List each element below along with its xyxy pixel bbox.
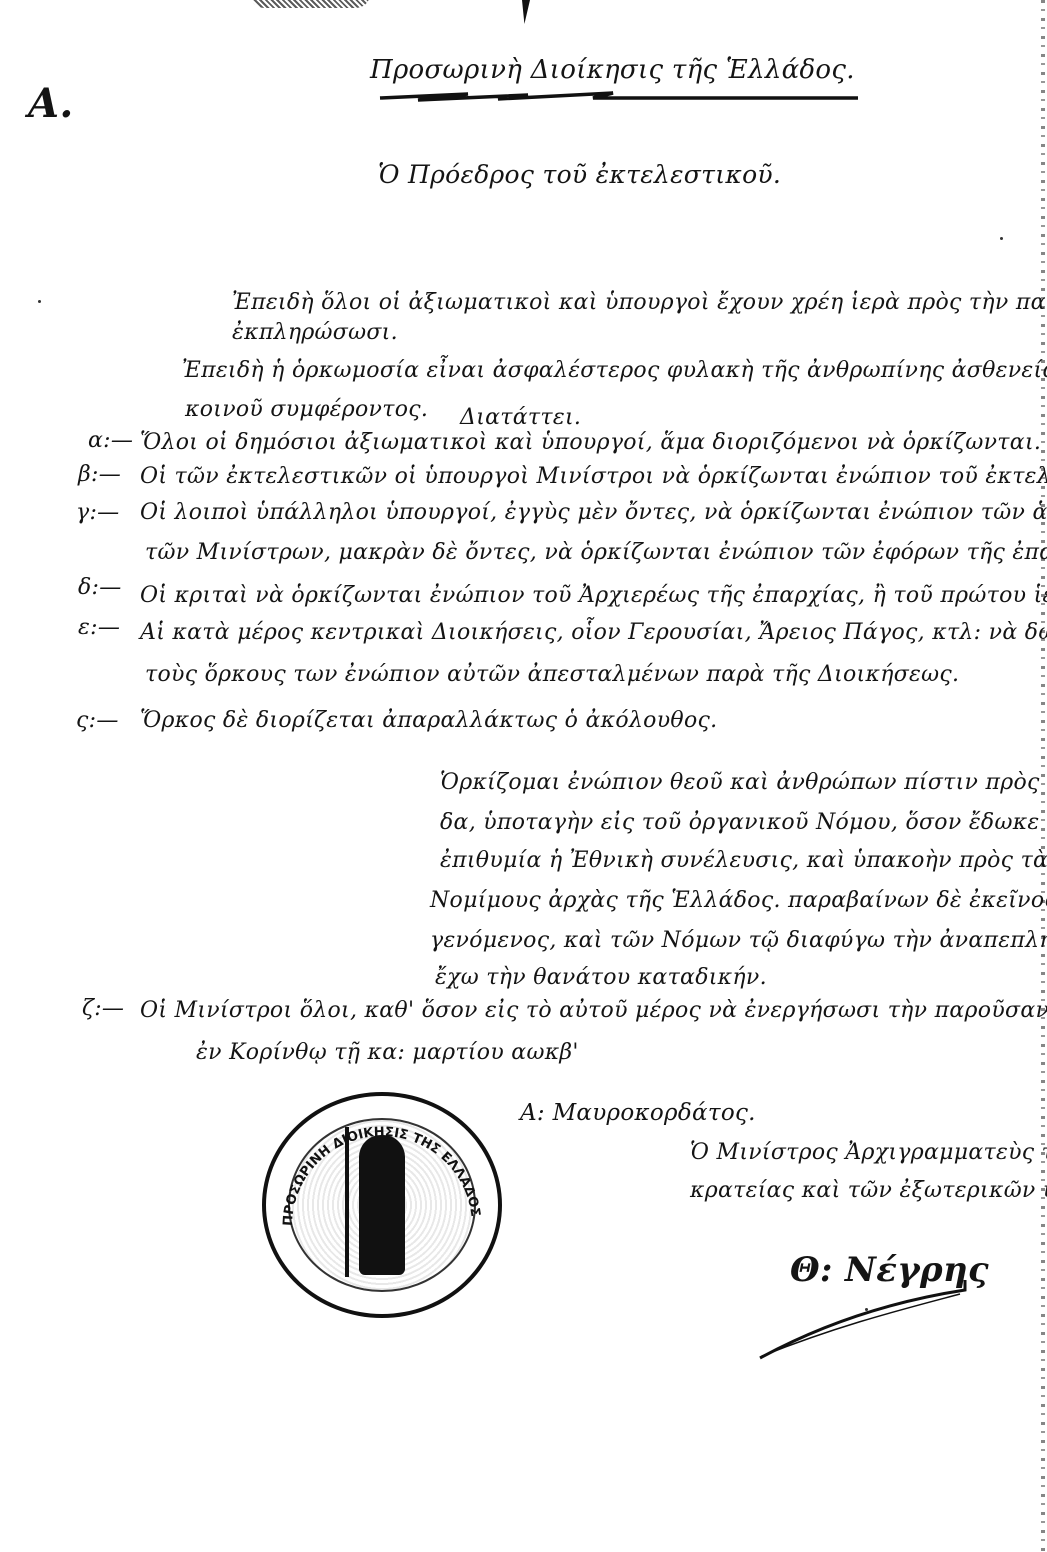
article-marker: β:— — [78, 462, 121, 487]
article-marker: α:— — [88, 428, 133, 453]
article-text: Οἱ κριταὶ νὰ ὁρκίζωνται ἐνώπιον τοῦ Ἀρχι… — [140, 583, 1047, 608]
document-page: Α. Προσωρινὴ Διοίκησις τῆς Ἑλλάδος. Ὁ Πρ… — [0, 0, 1047, 1552]
article-text: Ὅλοι οἱ δημόσιοι ἀξιωματικοὶ καὶ ὑπουργο… — [140, 430, 1041, 455]
preamble-line: Ἐπειδὴ ὅλοι οἱ ἀξιωματικοὶ καὶ ὑπουργοὶ … — [232, 290, 1047, 315]
title-underline — [378, 90, 863, 104]
oath-line: Ὁρκίζομαι ἐνώπιον θεοῦ καὶ ἀνθρώπων πίστ… — [440, 770, 1047, 795]
countersign-title-line: Ὁ Μινίστρος Ἀρχιγραμματεὺς τῆς Ἐπι- — [690, 1140, 1047, 1165]
svg-text:ΠΡΟΣΩΡΙΝΗ ΔΙΟΙΚΗΣΙΣ ΤΗΣ ΕΛΛΑΔΟ: ΠΡΟΣΩΡΙΝΗ ΔΙΟΙΚΗΣΙΣ ΤΗΣ ΕΛΛΑΔΟΣ — [281, 1125, 483, 1226]
document-title: Προσωρινὴ Διοίκησις τῆς Ἑλλάδος. — [370, 55, 855, 85]
scan-speck — [1000, 237, 1003, 240]
article-marker: ζ:— — [82, 996, 124, 1021]
article-text: τῶν Μινίστρων, μακρὰν δὲ ὄντες, νὰ ὁρκίζ… — [145, 540, 1047, 565]
countersign-title-line: κρατείας καὶ τῶν ἐξωτερικῶν ὑποθέσεων — [690, 1178, 1047, 1203]
official-seal: ΠΡΟΣΩΡΙΝΗ ΔΙΟΙΚΗΣΙΣ ΤΗΣ ΕΛΛΑΔΟΣ — [262, 1092, 502, 1318]
president-signature: Α: Μαυροκορδάτος. — [520, 1100, 756, 1126]
oath-line: γενόμενος, καὶ τῶν Νόμων τῷ διαφύγω τὴν … — [430, 928, 1047, 953]
article-text: Οἱ λοιποὶ ὑπάλληλοι ὑπουργοί, ἐγγὺς μὲν … — [140, 500, 1047, 525]
oath-line: δα, ὑποταγὴν εἰς τοῦ ὀργανικοῦ Νόμου, ὅσ… — [440, 810, 1047, 835]
oath-line: ἔχω τὴν θανάτου καταδικήν. — [435, 965, 767, 990]
seal-legend: ΠΡΟΣΩΡΙΝΗ ΔΙΟΙΚΗΣΙΣ ΤΗΣ ΕΛΛΑΔΟΣ — [266, 1096, 498, 1314]
article-text: Ὅρκος δὲ διορίζεται ἀπαραλλάκτως ὁ ἀκόλο… — [140, 708, 717, 733]
decree-verb: Διατάττει. — [460, 405, 581, 430]
article-text: τοὺς ὅρκους των ἐνώπιον αὐτῶν ἀπεσταλμέν… — [145, 662, 959, 687]
article-marker: γ:— — [76, 500, 119, 525]
article-text: Αἱ κατὰ μέρος κεντρικαὶ Διοικήσεις, οἷον… — [140, 620, 1047, 645]
scan-mark — [522, 0, 530, 24]
dateline: ἐν Κορίνθῳ τῇ κα: μαρτίου αωκβ' — [196, 1040, 579, 1065]
article-marker: δ:— — [78, 575, 122, 600]
scan-smudge — [250, 0, 370, 8]
signature-flourish — [750, 1280, 990, 1360]
article-marker: ς:— — [76, 708, 119, 733]
document-subtitle: Ὁ Πρόεδρος τοῦ ἐκτελεστικοῦ. — [378, 160, 781, 189]
article-text: Οἱ τῶν ἐκτελεστικῶν οἱ ὑπουργοὶ Μινίστρο… — [140, 464, 1047, 489]
preamble-line: Ἐπειδὴ ἡ ὁρκωμοσία εἶναι ἀσφαλέστερος φυ… — [182, 358, 1047, 383]
oath-line: Νομίμους ἀρχὰς τῆς Ἑλλάδος. παραβαίνων δ… — [430, 888, 1047, 913]
scan-speck — [38, 300, 41, 303]
preamble-line: ἐκπληρώσωσι. — [232, 320, 398, 345]
oath-line: ἐπιθυμία ἡ Ἐθνικὴ συνέλευσις, καὶ ὑπακοὴ… — [440, 848, 1047, 873]
final-article-text: Οἱ Μινίστροι ὅλοι, καθ' ὅσον εἰς τὸ αὐτο… — [140, 998, 1047, 1023]
article-marker: ε:— — [78, 615, 120, 640]
margin-mark: Α. — [28, 80, 74, 127]
preamble-line: κοινοῦ συμφέροντος. — [185, 397, 428, 422]
scan-speck — [865, 1308, 868, 1311]
